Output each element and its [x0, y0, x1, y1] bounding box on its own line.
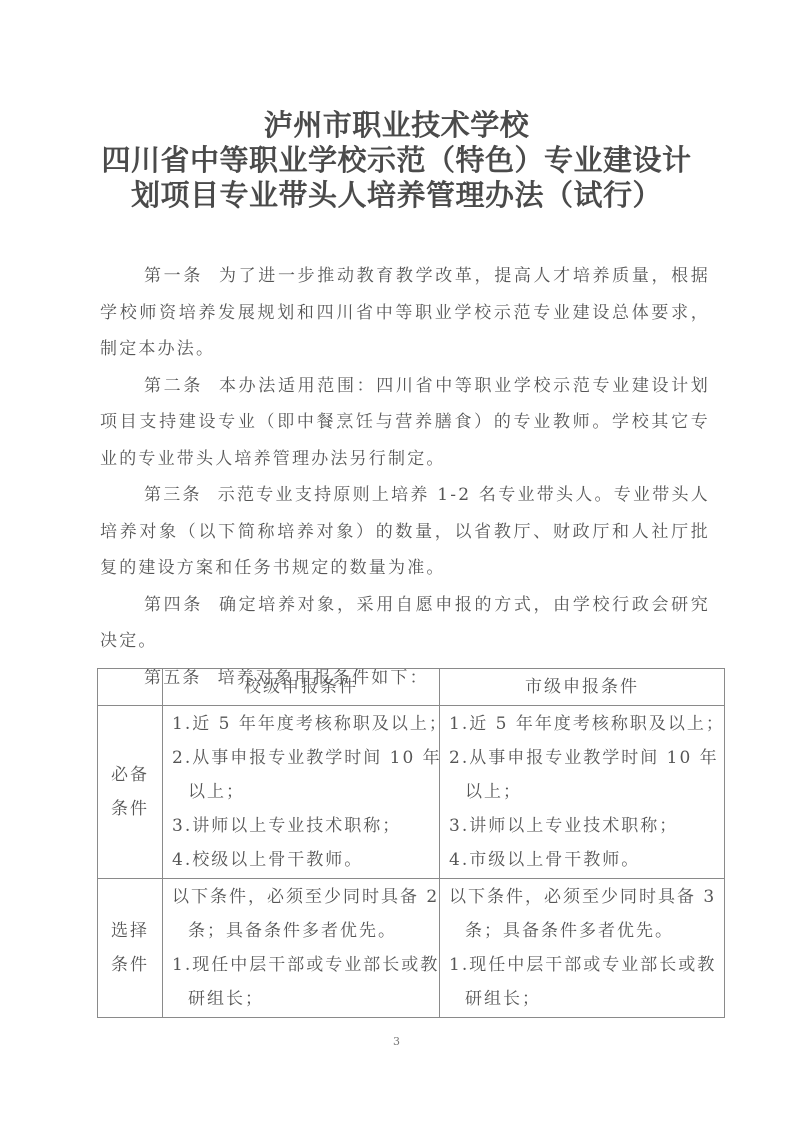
optional-city-cell: 以下条件，必须至少同时具备 3 条；具备条件多者优先。 1.现任中层干部或专业部…: [440, 879, 725, 1018]
table-header-row: 校级申报条件 市级申报条件: [98, 669, 725, 706]
document-title: 泸州市职业技术学校 四川省中等职业学校示范（特色）专业建设计 划项目专业带头人培…: [0, 108, 793, 213]
row-label-required: 必备 条件: [98, 706, 163, 879]
article-label: 第三条: [144, 485, 202, 505]
row-label-optional: 选择 条件: [98, 879, 163, 1018]
conditions-table: 校级申报条件 市级申报条件 必备 条件 1.近 5 年年度考核称职及以上； 2.…: [97, 668, 725, 1018]
article-4: 第四条确定培养对象，采用自愿申报的方式，由学校行政会研究决定。: [100, 587, 710, 660]
page-number: 3: [0, 1035, 793, 1048]
article-label: 第四条: [144, 595, 203, 615]
article-3: 第三条示范专业支持原则上培养 1-2 名专业带头人。专业带头人培养对象（以下简称…: [100, 477, 710, 587]
table-row-optional: 选择 条件 以下条件，必须至少同时具备 2 条；具备条件多者优先。 1.现任中层…: [98, 879, 725, 1018]
document-body: 第一条为了进一步推动教育教学改革，提高人才培养质量，根据学校师资培养发展规划和四…: [100, 258, 710, 696]
title-line-1: 泸州市职业技术学校: [0, 108, 793, 143]
table-row-required: 必备 条件 1.近 5 年年度考核称职及以上； 2.从事申报专业教学时间 10 …: [98, 706, 725, 879]
required-school-cell: 1.近 5 年年度考核称职及以上； 2.从事申报专业教学时间 10 年 以上； …: [163, 706, 440, 879]
optional-school-cell: 以下条件，必须至少同时具备 2 条；具备条件多者优先。 1.现任中层干部或专业部…: [163, 879, 440, 1018]
article-label: 第二条: [144, 376, 203, 396]
article-label: 第一条: [144, 266, 203, 286]
article-1: 第一条为了进一步推动教育教学改革，提高人才培养质量，根据学校师资培养发展规划和四…: [100, 258, 710, 368]
required-city-cell: 1.近 5 年年度考核称职及以上； 2.从事申报专业教学时间 10 年 以上； …: [440, 706, 725, 879]
header-city-level: 市级申报条件: [440, 669, 725, 706]
title-line-3: 划项目专业带头人培养管理办法（试行）: [0, 178, 793, 213]
title-line-2: 四川省中等职业学校示范（特色）专业建设计: [0, 143, 793, 178]
article-2: 第二条本办法适用范围：四川省中等职业学校示范专业建设计划项目支持建设专业（即中餐…: [100, 368, 710, 478]
header-school-level: 校级申报条件: [163, 669, 440, 706]
header-blank: [98, 669, 163, 706]
